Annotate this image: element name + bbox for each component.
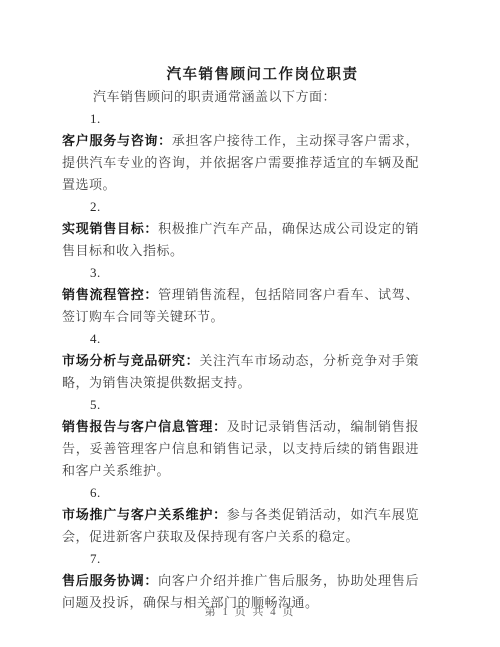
list-number-2: 2.: [62, 196, 419, 218]
intro-paragraph: 汽车销售顾问的职责通常涵盖以下方面：: [62, 86, 419, 108]
list-item-2: 实现销售目标：积极推广汽车产品，确保达成公司设定的销售目标和收入指标。: [62, 218, 419, 262]
item-heading-1: 客户服务与咨询：: [62, 133, 172, 148]
item-heading-6: 市场推广与客户关系维护：: [62, 507, 227, 522]
list-item-6: 市场推广与客户关系维护：参与各类促销活动，如汽车展览会，促进新客户获取及保持现有…: [62, 504, 419, 548]
item-heading-7: 售后服务协调：: [62, 573, 158, 588]
page-number-footer: 第 1 页 共 4 页: [0, 603, 500, 619]
item-heading-3: 销售流程管控：: [62, 287, 158, 302]
list-item-4: 市场分析与竞品研究：关注汽车市场动态，分析竞争对手策略，为销售决策提供数据支持。: [62, 350, 419, 394]
list-number-7: 7.: [62, 548, 419, 570]
list-number-1: 1.: [62, 108, 419, 130]
list-item-3: 销售流程管控：管理销售流程，包括陪同客户看车、试驾、签订购车合同等关键环节。: [62, 284, 419, 328]
item-heading-2: 实现销售目标：: [62, 221, 158, 236]
list-number-4: 4.: [62, 328, 419, 350]
list-item-1: 客户服务与咨询：承担客户接待工作，主动探寻客户需求，提供汽车专业的咨询，并依据客…: [62, 130, 419, 196]
list-item-5: 销售报告与客户信息管理：及时记录销售活动，编制销售报告，妥善管理客户信息和销售记…: [62, 416, 419, 482]
list-number-5: 5.: [62, 394, 419, 416]
list-number-6: 6.: [62, 482, 419, 504]
list-number-3: 3.: [62, 262, 419, 284]
item-heading-4: 市场分析与竞品研究：: [62, 353, 199, 368]
item-heading-5: 销售报告与客户信息管理：: [62, 419, 227, 434]
page-title: 汽车销售顾问工作岗位职责: [0, 63, 500, 84]
document-body: 汽车销售顾问的职责通常涵盖以下方面： 1. 客户服务与咨询：承担客户接待工作，主…: [62, 86, 419, 614]
document-page: 汽车销售顾问工作岗位职责 汽车销售顾问的职责通常涵盖以下方面： 1. 客户服务与…: [0, 0, 500, 647]
